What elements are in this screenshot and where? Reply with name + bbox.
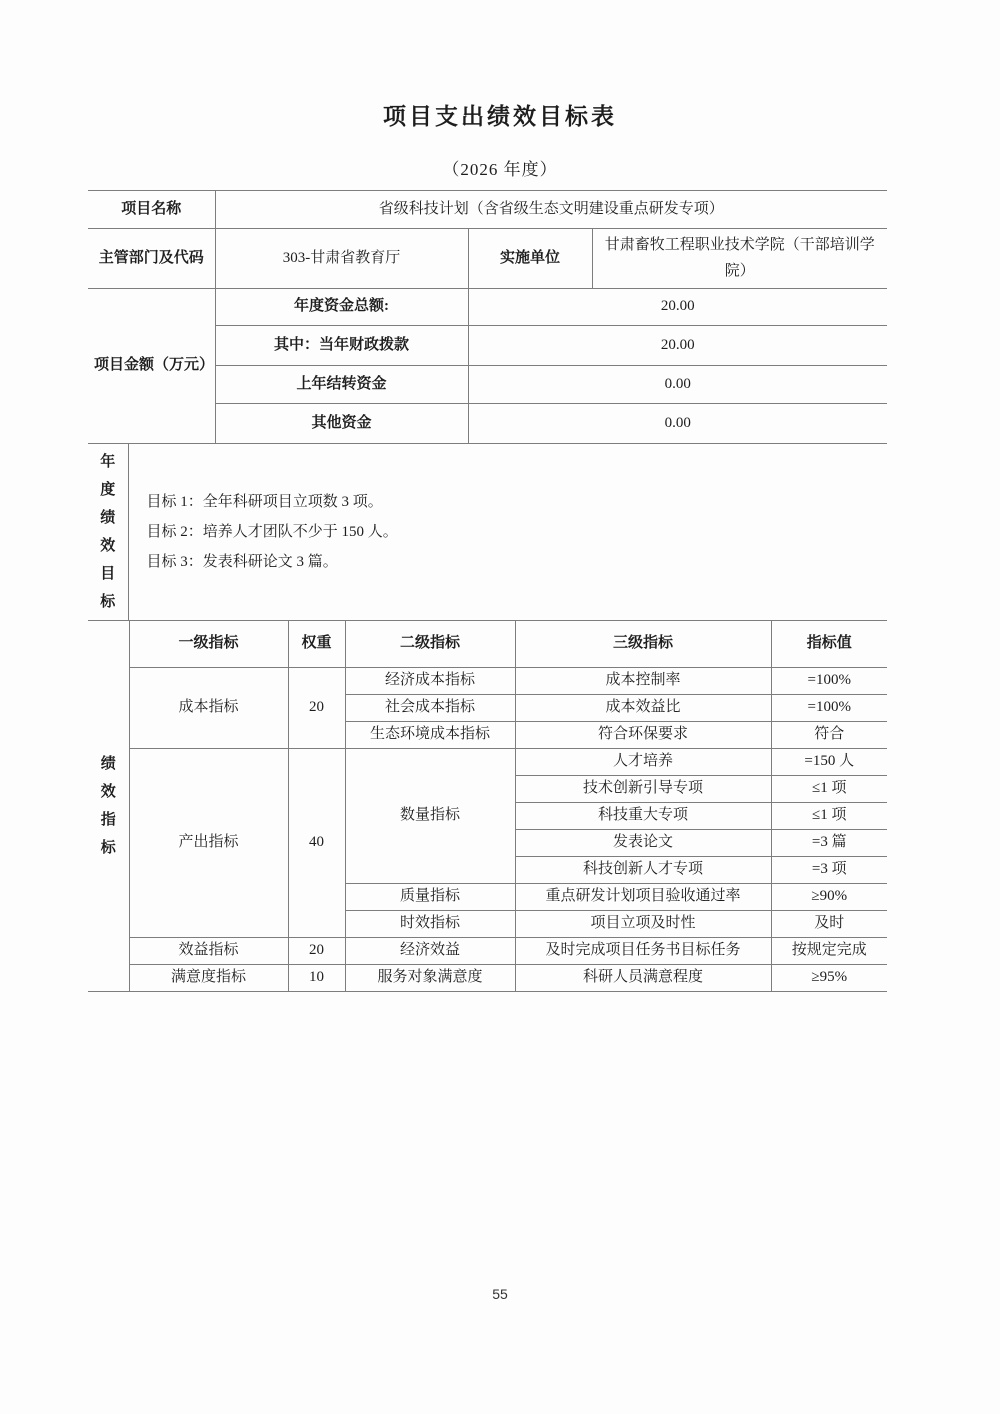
indicator-value-cell: ≥90% [771,884,887,911]
amount-carryover-value: 0.00 [468,366,887,404]
level3-indicator-cell: 成本控制率 [515,668,771,695]
level1-indicator-cell: 效益指标 [129,938,288,965]
level1-indicator-cell: 成本指标 [129,668,288,749]
weight-cell: 40 [288,749,345,938]
indicator-row: 产出指标 40 数量指标 人才培养 =150 人 [88,749,887,776]
amount-label: 项目金额（万元） [88,289,215,444]
indicator-value-cell: ≥95% [771,965,887,992]
project-name-value: 省级科技计划（含省级生态文明建设重点研发专项） [215,191,887,229]
level2-indicator-cell: 质量指标 [345,884,515,911]
header-weight: 权重 [288,621,345,668]
level3-indicator-cell: 技术创新引导专项 [515,776,771,803]
level2-indicator-cell: 服务对象满意度 [345,965,515,992]
dept-code-label: 主管部门及代码 [88,229,215,289]
level3-indicator-cell: 科技重大专项 [515,803,771,830]
indicator-row: 满意度指标 10 服务对象满意度 科研人员满意程度 ≥95% [88,965,887,992]
impl-unit-value: 甘肃畜牧工程职业技术学院（干部培训学院） [592,229,887,289]
level2-indicator-cell: 社会成本指标 [345,695,515,722]
goal-line: 目标 1：全年科研项目立项数 3 项。 [147,487,882,517]
indicator-value-cell: =150 人 [771,749,887,776]
level3-indicator-cell: 科技创新人才专项 [515,857,771,884]
weight-cell: 10 [288,965,345,992]
amount-total-value: 20.00 [468,289,887,326]
document-subtitle: （2026 年度） [0,158,1000,182]
weight-cell: 20 [288,668,345,749]
indicator-value-cell: 按规定完成 [771,938,887,965]
amount-carryover-label: 上年结转资金 [215,366,468,404]
level3-indicator-cell: 成本效益比 [515,695,771,722]
level1-indicator-cell: 产出指标 [129,749,288,938]
project-name-label: 项目名称 [88,191,215,229]
impl-unit-label: 实施单位 [468,229,592,289]
indicator-value-cell: 及时 [771,911,887,938]
indicator-value-cell: =3 项 [771,857,887,884]
level2-indicator-cell: 经济成本指标 [345,668,515,695]
amount-total-label: 年度资金总额: [215,289,468,326]
header-level2: 二级指标 [345,621,515,668]
project-info-table: 项目名称 省级科技计划（含省级生态文明建设重点研发专项） 主管部门及代码 303… [88,190,887,444]
header-level3: 三级指标 [515,621,771,668]
annual-goals-content: 目标 1：全年科研项目立项数 3 项。 目标 2：培养人才团队不少于 150 人… [135,446,882,618]
annual-goals-row: 年度绩效目标 目标 1：全年科研项目立项数 3 项。 目标 2：培养人才团队不少… [88,444,887,620]
dept-code-value: 303-甘肃省教育厅 [215,229,468,289]
header-value: 指标值 [771,621,887,668]
amount-other-value: 0.00 [468,404,887,444]
level3-indicator-cell: 重点研发计划项目验收通过率 [515,884,771,911]
indicator-value-cell: ≤1 项 [771,776,887,803]
document-title: 项目支出绩效目标表 [0,0,1000,132]
level2-indicator-cell: 经济效益 [345,938,515,965]
header-level1: 一级指标 [129,621,288,668]
indicator-row: 效益指标 20 经济效益 及时完成项目任务书目标任务 按规定完成 [88,938,887,965]
level3-indicator-cell: 发表论文 [515,830,771,857]
goal-line: 目标 3：发表科研论文 3 篇。 [147,547,882,577]
indicator-row: 成本指标 20 经济成本指标 成本控制率 =100% [88,668,887,695]
level3-indicator-cell: 科研人员满意程度 [515,965,771,992]
level3-indicator-cell: 人才培养 [515,749,771,776]
indicator-value-cell: ≤1 项 [771,803,887,830]
indicator-value-cell: =100% [771,668,887,695]
level3-indicator-cell: 项目立项及时性 [515,911,771,938]
project-name-row: 项目名称 省级科技计划（含省级生态文明建设重点研发专项） [88,191,887,229]
level3-indicator-cell: 及时完成项目任务书目标任务 [515,938,771,965]
document-page: 项目支出绩效目标表 （2026 年度） 项目名称 省级科技计划（含省级生态文明建… [0,0,1000,1414]
amount-other-label: 其他资金 [215,404,468,444]
indicator-value-cell: =100% [771,695,887,722]
dept-row: 主管部门及代码 303-甘肃省教育厅 实施单位 甘肃畜牧工程职业技术学院（干部培… [88,229,887,289]
amount-fiscal-label: 其中：当年财政拨款 [215,326,468,366]
level2-indicator-cell: 数量指标 [345,749,515,884]
annual-goals-section: 年度绩效目标 目标 1：全年科研项目立项数 3 项。 目标 2：培养人才团队不少… [88,444,887,620]
indicators-side-label-cell: 绩效指标 [88,621,129,992]
annual-goals-content-cell: 目标 1：全年科研项目立项数 3 项。 目标 2：培养人才团队不少于 150 人… [128,444,887,620]
performance-indicators-table: 绩效指标 一级指标 权重 二级指标 三级指标 指标值 成本指标 20 经济成本指… [88,620,887,992]
goal-line: 目标 2：培养人才团队不少于 150 人。 [147,517,882,547]
amount-row-total: 项目金额（万元） 年度资金总额: 20.00 [88,289,887,326]
level2-indicator-cell: 时效指标 [345,911,515,938]
indicators-side-label: 绩效指标 [100,750,117,862]
page-number: 55 [0,1286,1000,1302]
weight-cell: 20 [288,938,345,965]
level3-indicator-cell: 符合环保要求 [515,722,771,749]
level1-indicator-cell: 满意度指标 [129,965,288,992]
indicators-header-row: 绩效指标 一级指标 权重 二级指标 三级指标 指标值 [88,621,887,668]
annual-goals-label-cell: 年度绩效目标 [88,444,128,620]
indicator-value-cell: 符合 [771,722,887,749]
level2-indicator-cell: 生态环境成本指标 [345,722,515,749]
annual-goals-label: 年度绩效目标 [99,448,116,616]
amount-fiscal-value: 20.00 [468,326,887,366]
indicator-value-cell: =3 篇 [771,830,887,857]
